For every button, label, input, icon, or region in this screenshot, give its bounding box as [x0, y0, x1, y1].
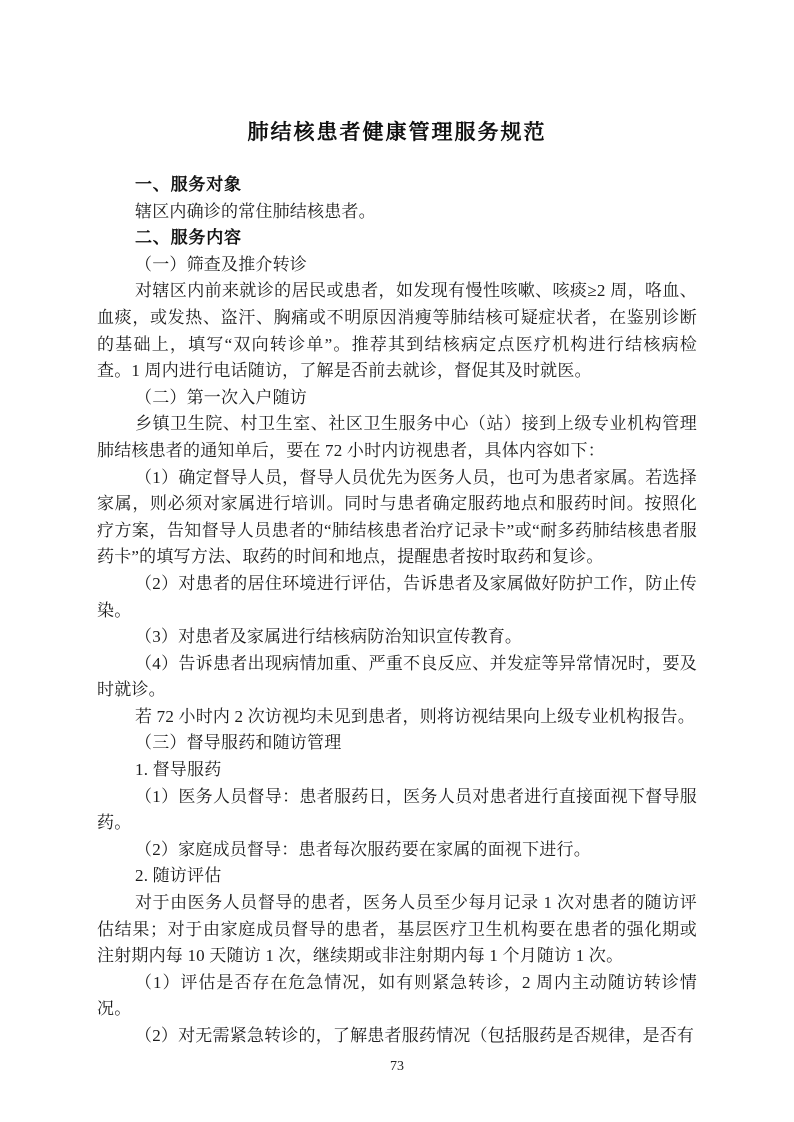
page-number: 73 — [97, 1057, 697, 1077]
paragraph: （2）对患者的居住环境进行评估，告诉患者及家属做好防护工作，防止传染。 — [97, 571, 697, 624]
paragraph: （2）对无需紧急转诊的，了解患者服药情况（包括服药是否规律，是否有 — [97, 1023, 697, 1050]
paragraph: （3）对患者及家属进行结核病防治知识宣传教育。 — [97, 624, 697, 651]
paragraph: 二、服务内容 — [97, 225, 697, 252]
paragraph: （2）家庭成员督导：患者每次服药要在家属的面视下进行。 — [97, 837, 697, 864]
paragraph: 对辖区内前来就诊的居民或患者，如发现有慢性咳嗽、咳痰≥2 周，咯血、血痰，或发热… — [97, 278, 697, 384]
paragraph: 对于由医务人员督导的患者，医务人员至少每月记录 1 次对患者的随访评估结果；对于… — [97, 890, 697, 970]
document-body: 一、服务对象辖区内确诊的常住肺结核患者。二、服务内容（一）筛查及推介转诊对辖区内… — [97, 172, 697, 1050]
document-title: 肺结核患者健康管理服务规范 — [97, 118, 697, 148]
paragraph: 一、服务对象 — [97, 172, 697, 199]
paragraph: 2. 随访评估 — [97, 863, 697, 890]
paragraph: 乡镇卫生院、村卫生室、社区卫生服务中心（站）接到上级专业机构管理肺结核患者的通知… — [97, 411, 697, 464]
document-page: 肺结核患者健康管理服务规范 一、服务对象辖区内确诊的常住肺结核患者。二、服务内容… — [0, 0, 794, 1122]
paragraph: （4）告诉患者出现病情加重、严重不良反应、并发症等异常情况时，要及时就诊。 — [97, 651, 697, 704]
paragraph: （1）医务人员督导：患者服药日，医务人员对患者进行直接面视下督导服药。 — [97, 784, 697, 837]
paragraph: 若 72 小时内 2 次访视均未见到患者，则将访视结果向上级专业机构报告。 — [97, 704, 697, 731]
paragraph: （二）第一次入户随访 — [97, 385, 697, 412]
paragraph: （三）督导服药和随访管理 — [97, 730, 697, 757]
paragraph: （1）评估是否存在危急情况，如有则紧急转诊，2 周内主动随访转诊情况。 — [97, 970, 697, 1023]
paragraph: （一）筛查及推介转诊 — [97, 252, 697, 279]
paragraph: 1. 督导服药 — [97, 757, 697, 784]
paragraph: 辖区内确诊的常住肺结核患者。 — [97, 199, 697, 226]
paragraph: （1）确定督导人员，督导人员优先为医务人员，也可为患者家属。若选择家属，则必须对… — [97, 465, 697, 571]
